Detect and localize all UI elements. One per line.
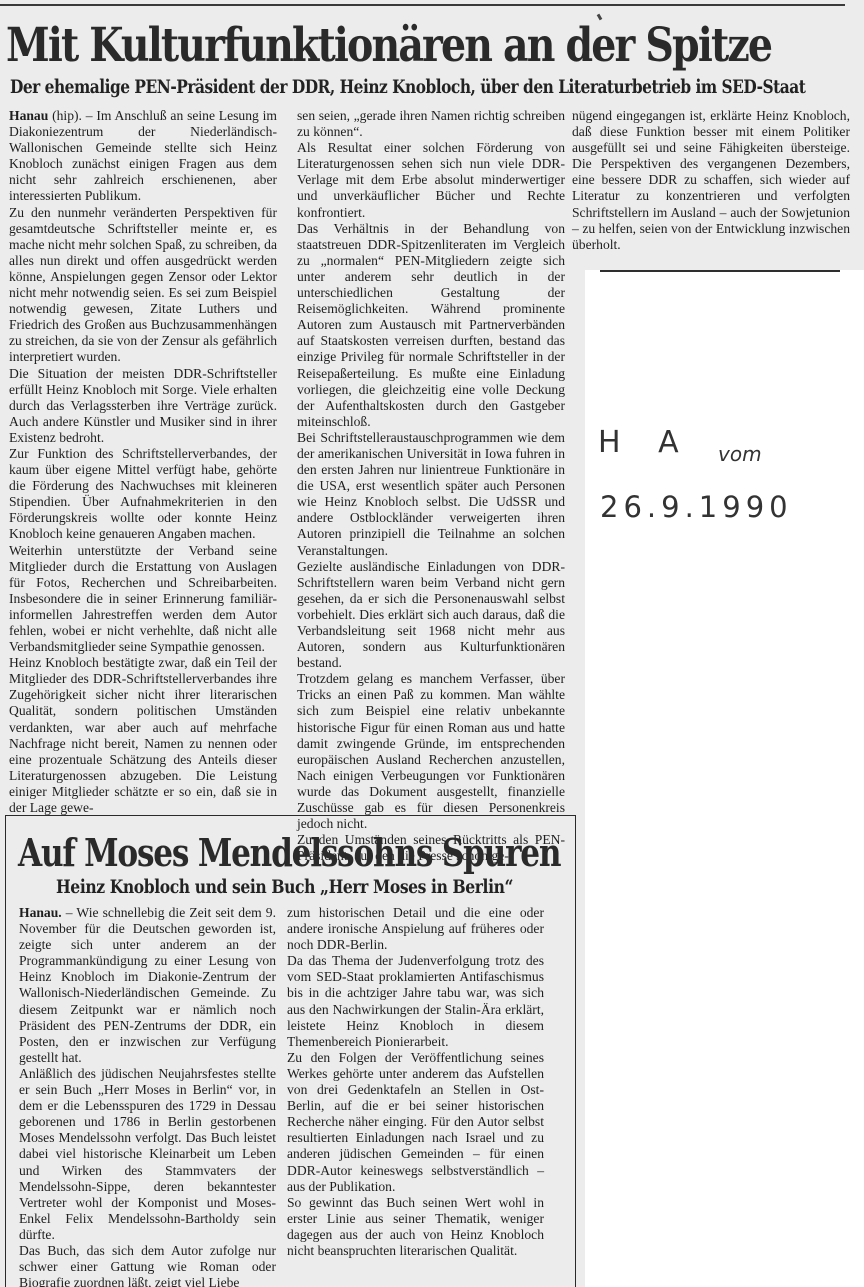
article1-paragraph: sen seien, „gerade ihren Namen richtig s…	[297, 108, 565, 140]
article2-column-1: Hanau. – Wie schnellebig die Zeit seit d…	[19, 905, 276, 1287]
article2-paragraph: Anläßlich des jüdischen Neujahrsfestes s…	[19, 1066, 276, 1243]
article2-paragraph: Hanau. – Wie schnellebig die Zeit seit d…	[19, 905, 276, 1066]
article1-column-2: sen seien, „gerade ihren Namen richtig s…	[297, 108, 565, 864]
handwritten-source: H A	[598, 425, 693, 460]
handwritten-vom: vom	[718, 442, 762, 466]
article1-subheadline: Der ehemalige PEN-Präsident der DDR, Hei…	[10, 76, 820, 98]
article1-paragraph: Hanau (hip). – Im Anschluß an seine Lesu…	[9, 108, 277, 205]
article2-headline: Auf Moses Mendelssohns Spuren	[18, 830, 477, 876]
article2-subheadline: Heinz Knobloch und sein Buch „Herr Moses…	[56, 876, 513, 898]
article2-column-2: zum historischen Detail und die eine ode…	[287, 905, 544, 1259]
article1-paragraph: Zu den nunmehr veränderten Perspektiven …	[9, 205, 277, 366]
article1-paragraph: Als Resultat einer solchen Förderung von…	[297, 140, 565, 220]
article2-paragraph: Das Buch, das sich dem Autor zufolge nur…	[19, 1243, 276, 1287]
article1-paragraph: Bei Schriftstelleraustauschprogrammen wi…	[297, 430, 565, 559]
article1-column-3: nügend eingegangen ist, erklärte Heinz K…	[572, 108, 850, 253]
article-end-rule	[600, 270, 840, 272]
article1-paragraph: Das Verhältnis in der Behandlung von sta…	[297, 221, 565, 430]
article2-paragraph: So gewinnt das Buch seinen Wert wohl in …	[287, 1195, 544, 1259]
article1-column-1: Hanau (hip). – Im Anschluß an seine Lesu…	[9, 108, 277, 816]
article1-paragraph: Weiterhin unterstützte der Verband seine…	[9, 543, 277, 656]
article1-dateline: Hanau	[9, 108, 48, 123]
article1-paragraph: nügend eingegangen ist, erklärte Heinz K…	[572, 108, 850, 253]
article1-paragraph: Zur Funktion des Schriftstellerverbandes…	[9, 446, 277, 543]
article1-paragraph: Heinz Knobloch bestätigte zwar, daß ein …	[9, 655, 277, 816]
article2-paragraph: Da das Thema der Judenverfolgung trotz d…	[287, 953, 544, 1050]
article2-paragraph: Zu den Folgen der Veröffentlichung seine…	[287, 1050, 544, 1195]
handwritten-date: 26.9.1990	[600, 490, 793, 524]
article2-paragraph: zum historischen Detail und die eine ode…	[287, 905, 544, 953]
article1-paragraph: Die Situation der meisten DDR-Schriftste…	[9, 366, 277, 446]
article1-paragraph: Gezielte ausländische Einladungen von DD…	[297, 559, 565, 672]
article1-headline: Mit Kulturfunktionären an der Spitze	[6, 18, 712, 74]
article2-dateline: Hanau.	[19, 905, 62, 920]
top-rule	[0, 4, 845, 6]
article1-paragraph: Trotzdem gelang es manchem Verfasser, üb…	[297, 671, 565, 832]
